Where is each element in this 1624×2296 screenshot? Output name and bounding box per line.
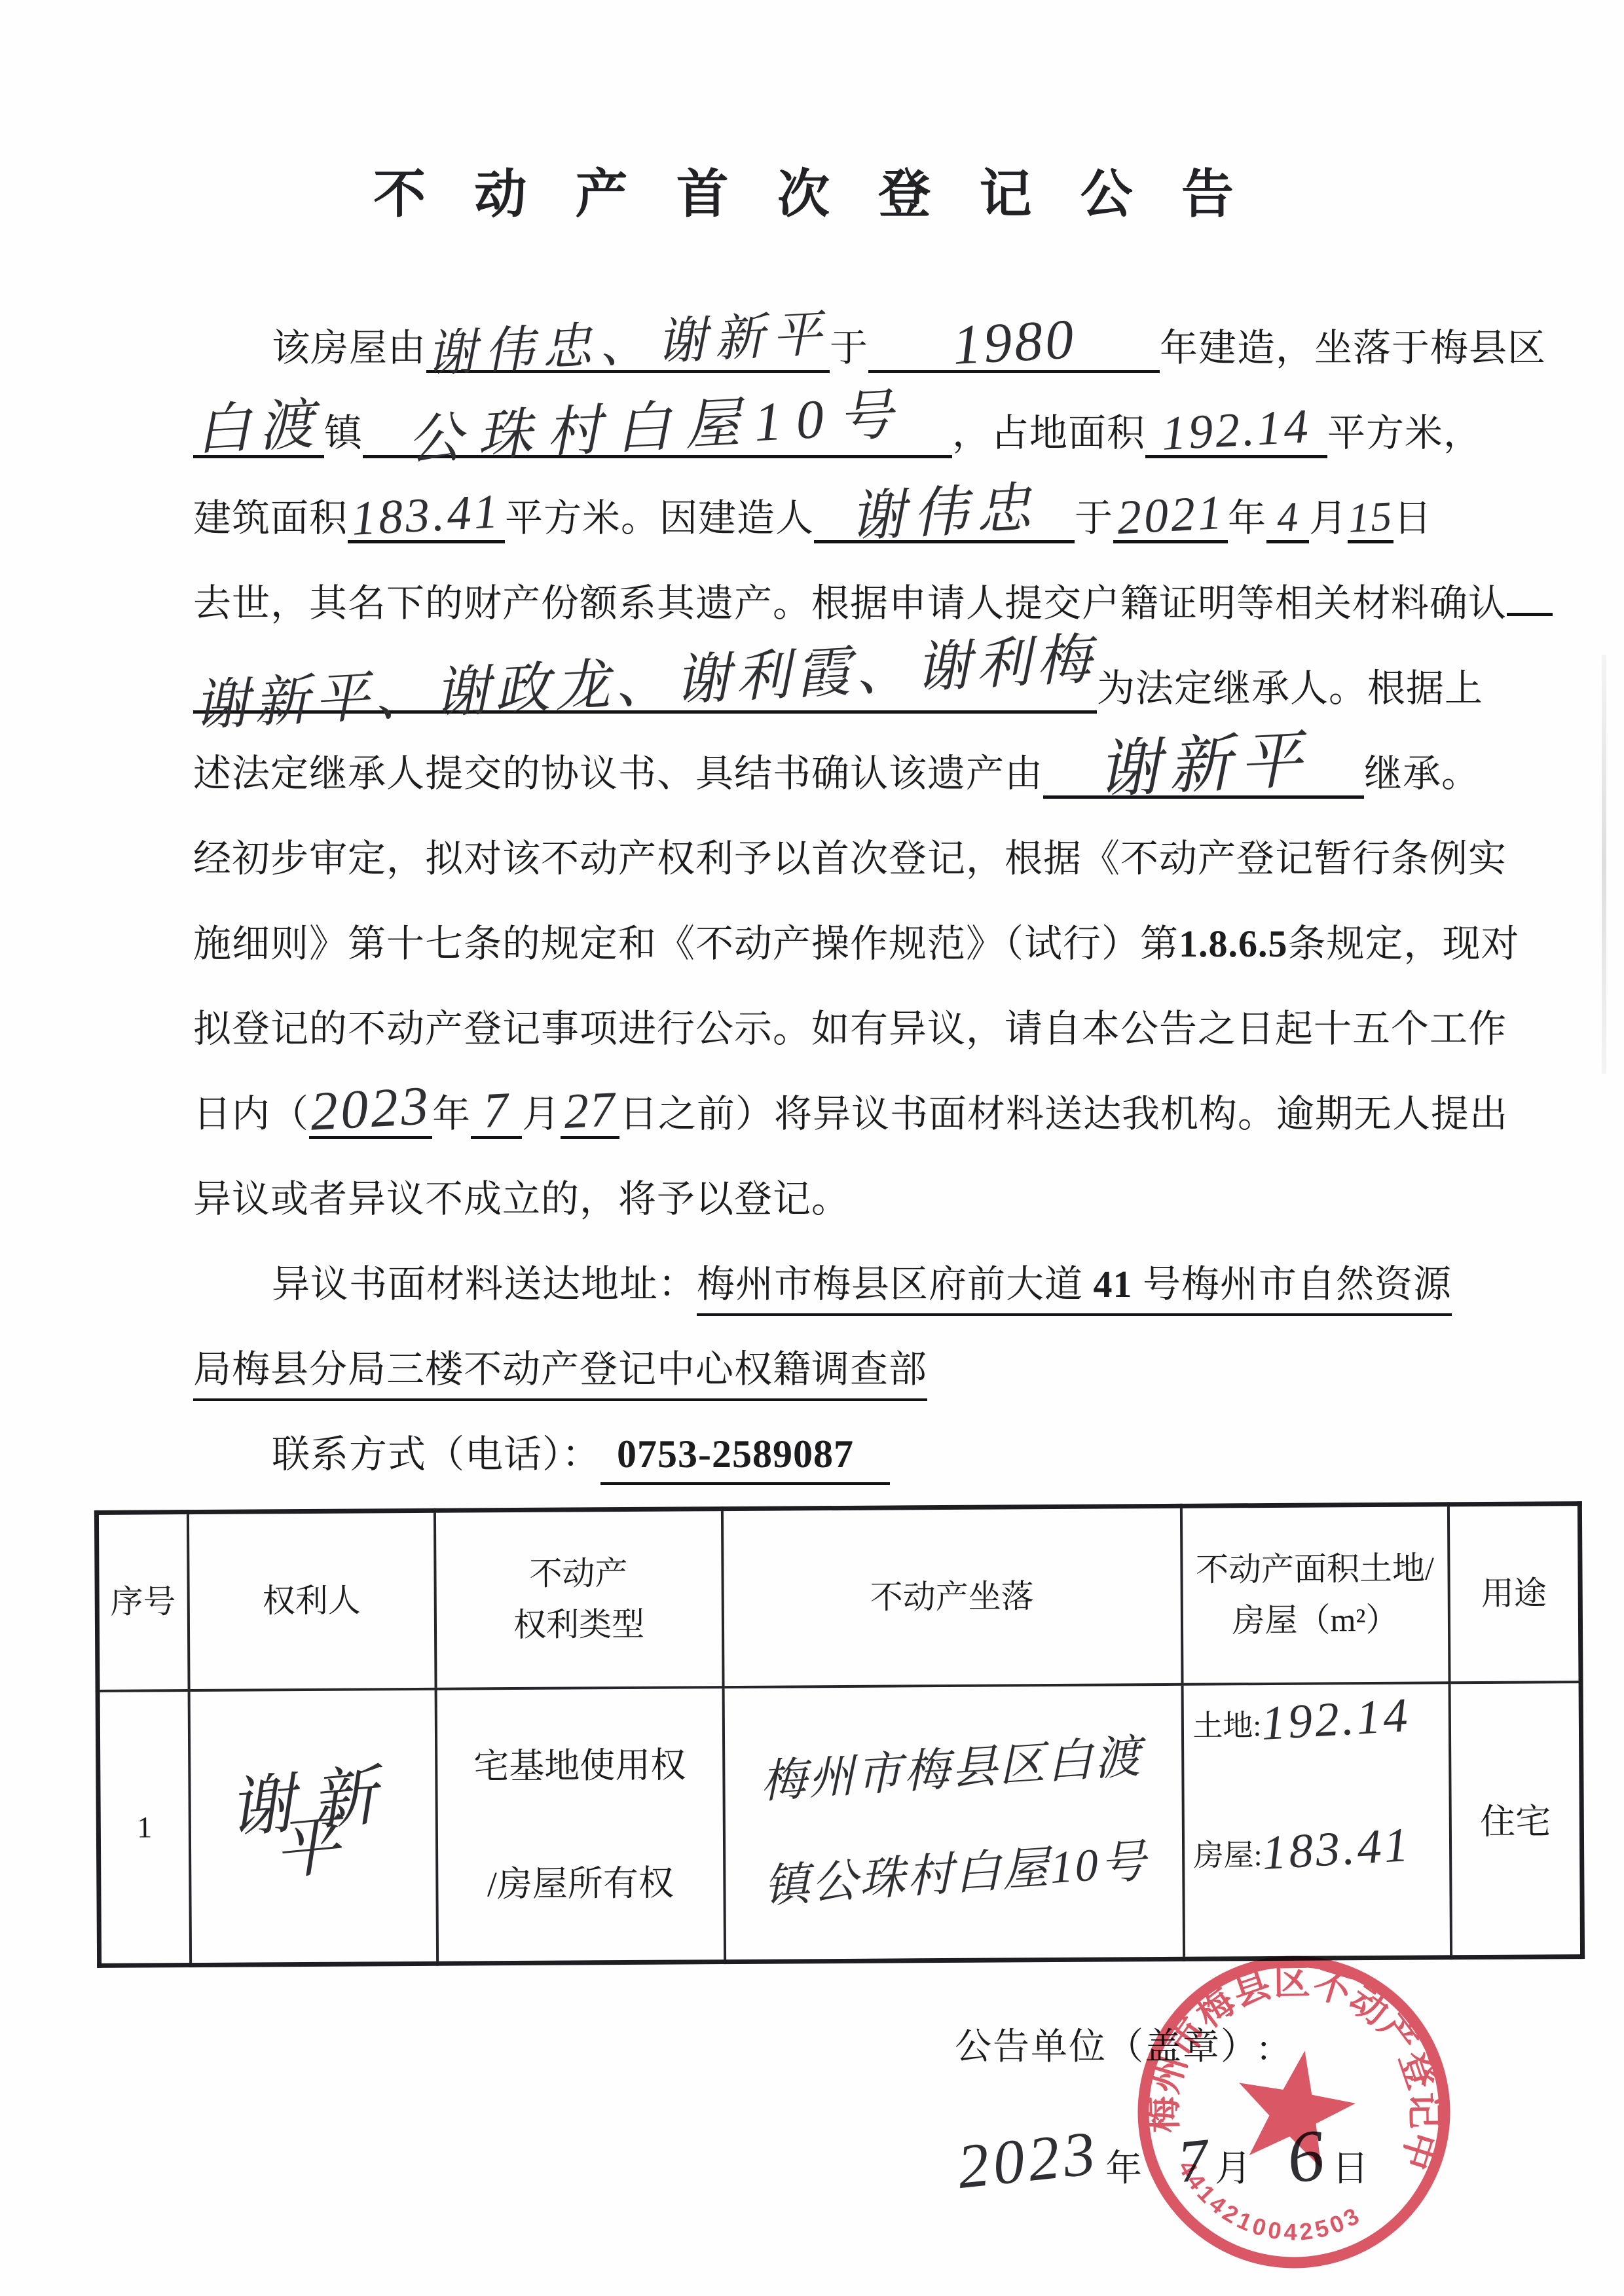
fill-blank-village-address: 公珠村白屋10号: [363, 405, 952, 458]
cell-location: 梅州市梅县区白渡 镇公珠村白屋10号: [723, 1684, 1184, 1961]
handwritten-date-year: 2023: [954, 2116, 1102, 2203]
fill-blank-build-year: 1980: [868, 319, 1160, 373]
text-segment: 联系方式（电话）：: [272, 1423, 600, 1478]
handwritten-house-area-value: 183.41: [1261, 1821, 1412, 1876]
text-segment: 施细则》第十七条的规定和《不动产操作规范》（试行）第: [193, 913, 1179, 968]
body-line-13: 局梅县分局三楼不动产登记中心权籍调查部: [193, 1338, 1496, 1398]
address-street-number: 41: [1094, 1263, 1133, 1305]
document-title: 不 动 产 首 次 登 记 公 告: [0, 152, 1624, 227]
fill-blank-deadline-year: 2023: [309, 1086, 432, 1139]
body-line-9: 拟登记的不动产登记事项进行公示。如有异议，请自本公告之日起十五个工作: [193, 998, 1496, 1058]
text-segment: 异议或者异议不成立的，将予以登记。: [193, 1168, 850, 1223]
text-segment: 为法定继承人。根据上: [1097, 657, 1483, 712]
fill-blank-deceased-builder: 谢伟忠: [814, 490, 1075, 543]
cell-area: 土地: 192.14 房屋: 183.41: [1182, 1683, 1451, 1959]
handwritten-builders: 谢伟忠、谢新平: [426, 311, 831, 378]
cell-right-type: 宅基地使用权 /房屋所有权: [435, 1687, 725, 1963]
body-line-5: 谢新平、谢政龙、谢利霞、谢利梅 为法定继承人。根据上: [193, 657, 1496, 718]
col-header-right-type: 不动产 权利类型: [434, 1509, 723, 1689]
area-land-row: 土地: 192.14: [1183, 1696, 1449, 1815]
table-row: 1 谢新平 宅基地使用权 /房屋所有权 梅州市梅县区白渡 镇公珠村白屋10号 土…: [98, 1682, 1583, 1965]
scanned-announcement-page: 不 动 产 首 次 登 记 公 告 该房屋由 谢伟忠、谢新平 于 1980 年建…: [0, 0, 1624, 2296]
fill-blank-death-month: 4: [1266, 494, 1309, 543]
contact-phone-number: 0753-2589087: [617, 1432, 854, 1476]
cell-usage: 住宅: [1449, 1682, 1583, 1958]
col-header-seq: 序号: [96, 1512, 189, 1691]
text-segment: 年: [432, 1083, 471, 1138]
fill-blank-town: 白渡: [193, 405, 324, 458]
fill-blank-heirs: 谢新平、谢政龙、谢利霞、谢利梅: [193, 661, 1097, 714]
col-header-area: 不动产面积土地/ 房屋（m²）: [1181, 1504, 1449, 1684]
fill-blank-deadline-day: 27: [561, 1087, 619, 1139]
col-header-owner: 权利人: [187, 1510, 435, 1690]
fill-blank-inheritor: 谢新平: [1043, 742, 1364, 799]
handwritten-village-address: 公珠村白屋10号: [407, 392, 909, 464]
svg-text:4414210042503: 4414210042503: [1163, 2152, 1373, 2259]
text-segment: 拟登记的不动产登记事项进行公示。如有异议，请自本公告之日起十五个工作: [193, 998, 1507, 1053]
text-segment: 去世，其名下的财产份额系其遗产。根据申请人提交户籍证明等相关材料确认: [193, 572, 1507, 627]
text-segment: 镇: [324, 402, 363, 457]
objection-address-underlined-2: 局梅县分局三楼不动产登记中心权籍调查部: [193, 1338, 927, 1401]
body-line-8: 施细则》第十七条的规定和《不动产操作规范》（试行）第 1.8.6.5 条规定，现…: [193, 913, 1496, 973]
text-segment: 年建造，坐落于梅县区: [1160, 317, 1546, 372]
handwritten-land-area-value: 192.14: [1260, 1692, 1411, 1746]
handwritten-deceased-builder: 谢伟忠: [849, 486, 1039, 541]
text-segment: 平方米，: [1327, 402, 1482, 457]
text-segment: 异议书面材料送达地址：: [272, 1253, 697, 1308]
text-segment: 月: [522, 1083, 561, 1138]
handwritten-town: 白渡: [194, 402, 322, 454]
handwritten-build-year: 1980: [951, 316, 1077, 368]
col-header-usage: 用途: [1448, 1504, 1581, 1683]
text-segment: 日内（: [193, 1083, 309, 1138]
text-segment: 日之前）将异议书面材料送达我机构。逾期无人提出: [619, 1083, 1508, 1138]
table-header-row: 序号 权利人 不动产 权利类型 不动产坐落 不动产面积土地/ 房屋（m²） 用途: [96, 1504, 1581, 1691]
announcement-table: 序号 权利人 不动产 权利类型 不动产坐落 不动产面积土地/ 房屋（m²） 用途…: [94, 1501, 1585, 1967]
handwritten-heirs: 谢新平、谢政龙、谢利霞、谢利梅: [193, 637, 1098, 730]
area-house-label: 房屋:: [1193, 1831, 1262, 1875]
text-segment: 于: [1075, 487, 1113, 542]
handwritten-deadline-month: 7: [482, 1087, 511, 1134]
body-line-12: 异议书面材料送达地址： 梅州市梅县区府前大道 41 号梅州市自然资源: [193, 1253, 1575, 1313]
handwritten-deadline-year: 2023: [309, 1083, 432, 1135]
fill-blank-death-day: 15: [1348, 494, 1393, 543]
handwritten-deadline-day: 27: [563, 1086, 618, 1135]
handwritten-inheritor: 谢新平: [1096, 737, 1310, 794]
text-segment: 述法定继承人提交的协议书、具结书确认该遗产由: [193, 742, 1043, 797]
fill-blank-deadline-month: 7: [471, 1087, 522, 1139]
cell-owner: 谢新平: [189, 1688, 437, 1965]
handwritten-building-area: 183.41: [351, 488, 502, 542]
handwritten-death-day: 15: [1347, 493, 1394, 541]
fill-blank-land-area: 192.14: [1145, 407, 1327, 458]
col-header-location: 不动产坐落: [722, 1506, 1182, 1686]
body-line-7: 经初步审定，拟对该不动产权利予以首次登记，根据《不动产登记暂行条例实: [193, 828, 1496, 888]
area-house-row: 房屋: 183.41: [1184, 1825, 1449, 1944]
objection-address-underlined: 梅州市梅县区府前大道 41 号梅州市自然资源: [697, 1253, 1452, 1316]
handwritten-death-year: 2021: [1116, 490, 1225, 541]
star-icon: [1227, 2041, 1363, 2172]
body-line-3: 建筑面积 183.41 平方米。因建造人 谢伟忠 于 2021 年 4 月 15…: [193, 487, 1496, 547]
text-segment: 号梅州市自然资源: [1133, 1263, 1452, 1305]
fill-blank-death-year: 2021: [1113, 492, 1228, 543]
handwritten-location: 梅州市梅县区白渡 镇公珠村白屋10号: [757, 1705, 1149, 1940]
text-segment: 继承。: [1364, 742, 1480, 797]
regulation-clause-number: 1.8.6.5: [1179, 922, 1288, 966]
handwritten-land-area: 192.14: [1161, 403, 1312, 457]
fill-blank-builders: 谢伟忠、谢新平: [426, 321, 830, 373]
text-segment: 于: [830, 317, 868, 372]
fill-blank-building-area: 183.41: [348, 492, 505, 543]
fill-blank-trailing: [1507, 613, 1553, 616]
body-line-1: 该房屋由 谢伟忠、谢新平 于 1980 年建造，坐落于梅县区: [193, 317, 1575, 377]
text-segment: ，占地面积: [952, 402, 1145, 457]
body-line-4: 去世，其名下的财产份额系其遗产。根据申请人提交户籍证明等相关材料确认: [193, 572, 1496, 632]
phone-underlined: 0753-2589087: [600, 1432, 890, 1485]
scan-edge-artifact: [1602, 655, 1606, 1074]
area-land-label: 土地:: [1192, 1702, 1261, 1745]
text-segment: 月: [1309, 487, 1348, 542]
text-segment: 局梅县分局三楼不动产登记中心权籍调查部: [193, 1348, 927, 1391]
text-segment: 建筑面积: [193, 487, 348, 542]
body-line-11: 异议或者异议不成立的，将予以登记。: [193, 1168, 1496, 1228]
handwritten-owner: 谢新平: [187, 1768, 439, 1882]
body-line-14: 联系方式（电话）： 0753-2589087: [193, 1423, 1575, 1484]
body-line-2: 白渡 镇 公珠村白屋10号 ，占地面积 192.14 平方米，: [193, 402, 1496, 462]
cell-seq: 1: [98, 1690, 191, 1965]
seal-serial-number: 4414210042503: [1163, 2152, 1373, 2259]
handwritten-death-month: 4: [1276, 494, 1301, 541]
body-line-10: 日内（ 2023 年 7 月 27 日之前）将异议书面材料送达我机构。逾期无人提…: [193, 1083, 1496, 1143]
body-line-6: 述法定继承人提交的协议书、具结书确认该遗产由 谢新平 继承。: [193, 742, 1496, 803]
text-segment: 经初步审定，拟对该不动产权利予以首次登记，根据《不动产登记暂行条例实: [193, 828, 1507, 883]
text-segment: 该房屋由: [272, 317, 426, 372]
text-segment: 梅州市梅县区府前大道: [697, 1263, 1094, 1305]
text-segment: 日: [1393, 487, 1432, 542]
text-segment: 年: [1228, 487, 1266, 542]
official-seal: 梅州市梅县区不动产登记中心 4414210042503: [1130, 1948, 1458, 2276]
text-segment: 平方米。因建造人: [505, 487, 814, 542]
text-segment: 条规定，现对: [1288, 913, 1520, 968]
